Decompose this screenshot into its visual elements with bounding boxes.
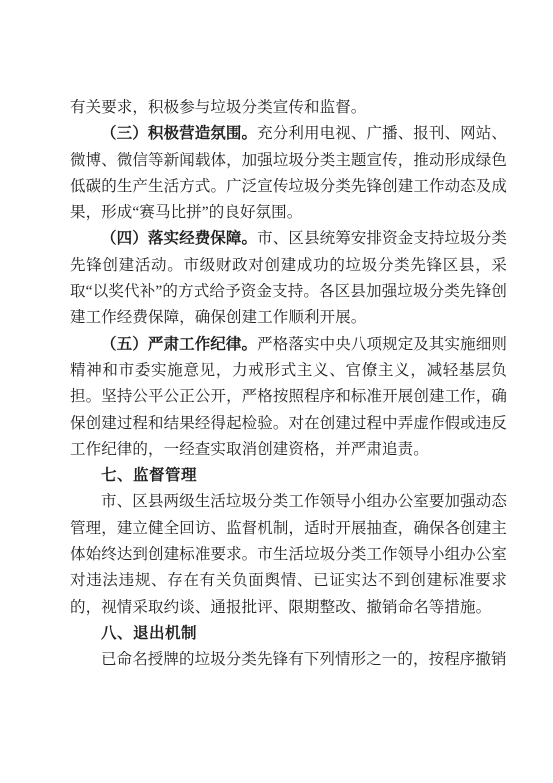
paragraph: 有关要求，积极参与垃圾分类宣传和监督。 xyxy=(70,95,507,121)
heading-text: 七、监督管理 xyxy=(101,467,197,484)
document-body: 有关要求，积极参与垃圾分类宣传和监督。（三）积极营造氛围。充分利用电视、广播、报… xyxy=(70,95,507,674)
paragraph-text: 严格落实中央八项规定及其实施细则精神和市委实施意见，力戒形式主义、官僚主义，减轻… xyxy=(70,336,507,458)
paragraph-text: 市、区县两级生活垃圾分类工作领导小组办公室要加强动态管理，建立健全回访、监督机制… xyxy=(70,493,507,615)
paragraph-lead: （三）积极营造氛围。 xyxy=(101,125,257,142)
paragraph-text: 有关要求，积极参与垃圾分类宣传和监督。 xyxy=(70,99,366,116)
section-heading: 八、退出机制 xyxy=(70,621,507,647)
document-page: 有关要求，积极参与垃圾分类宣传和监督。（三）积极营造氛围。充分利用电视、广播、报… xyxy=(0,0,553,783)
paragraph: 已命名授牌的垃圾分类先锋有下列情形之一的，按程序撤销 xyxy=(70,647,507,673)
paragraph: （五）严肃工作纪律。严格落实中央八项规定及其实施细则精神和市委实施意见，力戒形式… xyxy=(70,332,507,463)
heading-text: 八、退出机制 xyxy=(101,625,197,642)
section-heading: 七、监督管理 xyxy=(70,463,507,489)
paragraph-lead: （四）落实经费保障。 xyxy=(101,230,257,247)
paragraph-text: 已命名授牌的垃圾分类先锋有下列情形之一的，按程序撤销 xyxy=(101,651,507,668)
paragraph-lead: （五）严肃工作纪律。 xyxy=(101,336,257,353)
paragraph: （三）积极营造氛围。充分利用电视、广播、报刊、网站、微博、微信等新闻载体，加强垃… xyxy=(70,121,507,226)
paragraph: 市、区县两级生活垃圾分类工作领导小组办公室要加强动态管理，建立健全回访、监督机制… xyxy=(70,489,507,620)
paragraph: （四）落实经费保障。市、区县统筹安排资金支持垃圾分类先锋创建活动。市级财政对创建… xyxy=(70,226,507,331)
